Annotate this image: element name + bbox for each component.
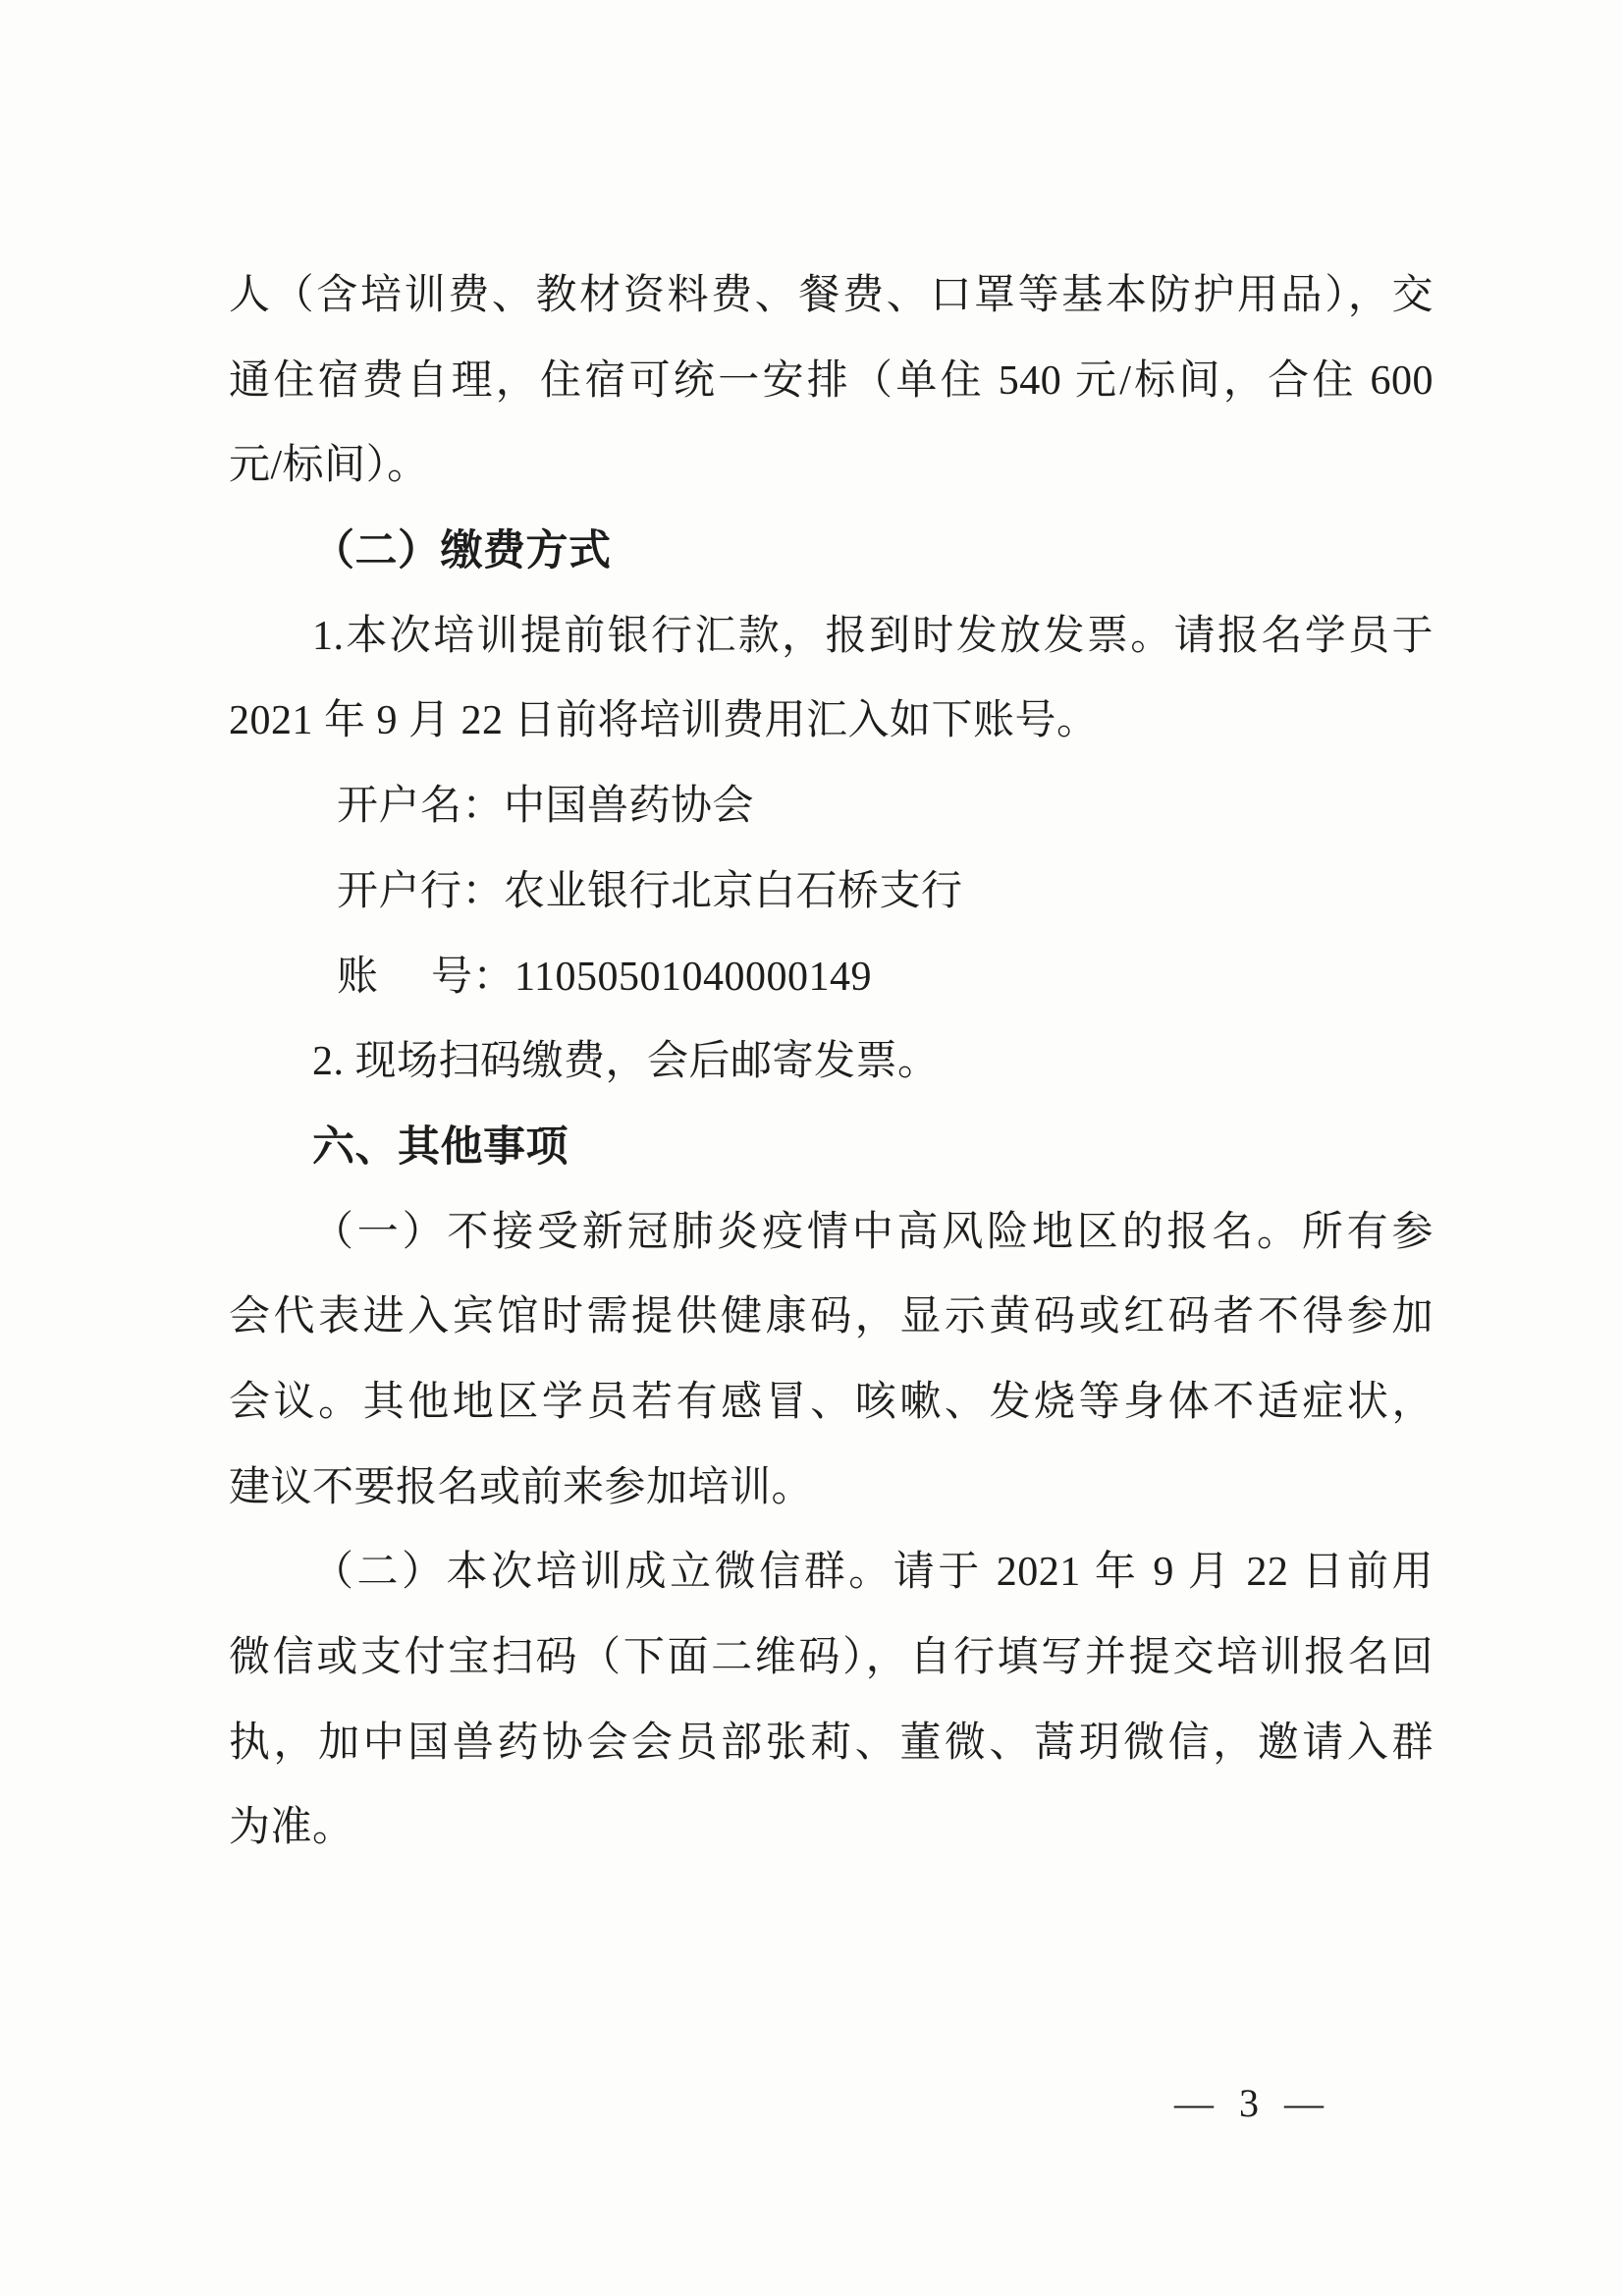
other-item2-line-3: 执，加中国兽药协会会员部张莉、董微、蒿玥微信，邀请入群 — [229, 1701, 1434, 1786]
other-item1-line-4: 建议不要报名或前来参加培训。 — [229, 1446, 1434, 1531]
bank-account-branch: 开户行：农业银行北京白石桥支行 — [229, 849, 1434, 935]
other-item1-line-1: （一）不接受新冠肺炎疫情中高风险地区的报名。所有参 — [229, 1190, 1434, 1276]
page-number: — 3 — — [1174, 2080, 1430, 2126]
fee-line-2: 通住宿费自理，住宿可统一安排（单住 540 元/标间，合住 600 — [229, 339, 1434, 424]
other-item1-line-2: 会代表进入宾馆时需提供健康码，显示黄码或红码者不得参加 — [229, 1275, 1434, 1360]
section-fee-continuation: 人（含培训费、教材资料费、餐费、口罩等基本防护用品），交 通住宿费自理，住宿可统… — [229, 253, 1434, 509]
other-item1-line-3: 会议。其他地区学员若有感冒、咳嗽、发烧等身体不适症状， — [229, 1360, 1434, 1446]
document-text-block: 人（含培训费、教材资料费、餐费、口罩等基本防护用品），交 通住宿费自理，住宿可统… — [229, 253, 1434, 1871]
other-matters-heading: 六、其他事项 — [229, 1105, 1434, 1190]
payment-item2-line: 2. 现场扫码缴费，会后邮寄发票。 — [229, 1019, 1434, 1105]
fee-line-3: 元/标间）。 — [229, 423, 1434, 509]
bank-account-number: 账 号：11050501040000149 — [229, 935, 1434, 1020]
scanned-document-page: 人（含培训费、教材资料费、餐费、口罩等基本防护用品），交 通住宿费自理，住宿可统… — [0, 0, 1623, 2296]
payment-item1-line-2: 2021 年 9 月 22 日前将培训费用汇入如下账号。 — [229, 679, 1434, 764]
other-item2-line-1: （二）本次培训成立微信群。请于 2021 年 9 月 22 日前用 — [229, 1530, 1434, 1615]
section-other-matters: 六、其他事项 （一）不接受新冠肺炎疫情中高风险地区的报名。所有参 会代表进入宾馆… — [229, 1105, 1434, 1871]
section-payment-method: （二）缴费方式 1.本次培训提前银行汇款，报到时发放发票。请报名学员于 2021… — [229, 509, 1434, 1105]
other-item2-line-2: 微信或支付宝扫码（下面二维码），自行填写并提交培训报名回 — [229, 1615, 1434, 1701]
payment-item1-line-1: 1.本次培训提前银行汇款，报到时发放发票。请报名学员于 — [229, 594, 1434, 680]
other-item2-line-4: 为准。 — [229, 1785, 1434, 1871]
fee-line-1: 人（含培训费、教材资料费、餐费、口罩等基本防护用品），交 — [229, 253, 1434, 339]
payment-method-heading: （二）缴费方式 — [229, 509, 1434, 594]
bank-account-name: 开户名：中国兽药协会 — [229, 764, 1434, 849]
